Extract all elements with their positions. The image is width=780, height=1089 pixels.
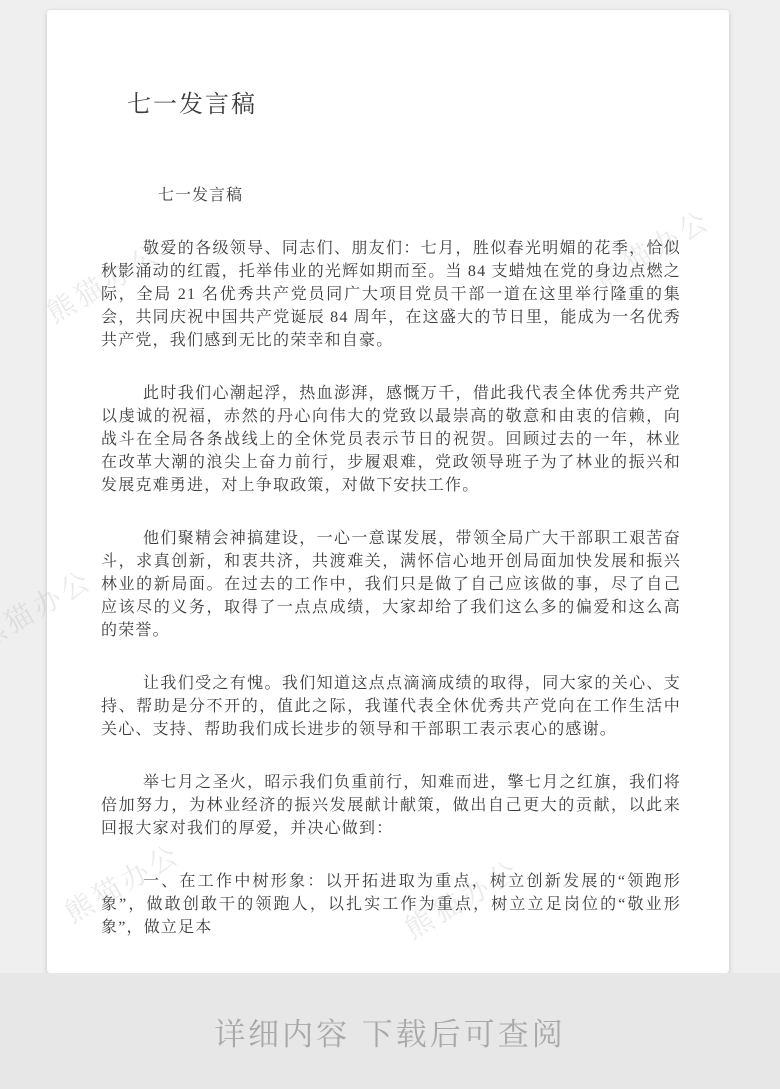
- preview-canvas: 七一发言稿 七一发言稿 敬爱的各级领导、同志们、朋友们：七月，胜似春光明媚的花季…: [0, 0, 780, 1089]
- paragraph: 此时我们心潮起浮，热血澎湃，感慨万千，借此我代表全体优秀共产党以虔诚的祝福，赤然…: [101, 382, 681, 497]
- paragraph: 敬爱的各级领导、同志们、朋友们：七月，胜似春光明媚的花季，恰似秋影涌动的红霞，托…: [101, 237, 681, 352]
- paragraph: 让我们受之有愧。我们知道这点点滴滴成绩的取得，同大家的关心、支持、帮助是分不开的…: [101, 672, 681, 741]
- document-subtitle: 七一发言稿: [158, 184, 681, 207]
- paragraph: 一、在工作中树形象：以开拓进取为重点，树立创新发展的“领跑形象”，做敢创敢干的领…: [101, 870, 681, 939]
- document-body: 敬爱的各级领导、同志们、朋友们：七月，胜似春光明媚的花季，恰似秋影涌动的红霞，托…: [101, 237, 681, 939]
- document-title: 七一发言稿: [127, 90, 681, 120]
- footer-bar: 详细内容 下载后可查阅: [0, 973, 780, 1089]
- footer-notice: 详细内容 下载后可查阅: [214, 1009, 566, 1054]
- document-page[interactable]: 七一发言稿 七一发言稿 敬爱的各级领导、同志们、朋友们：七月，胜似春光明媚的花季…: [47, 10, 729, 973]
- paragraph: 举七月之圣火，昭示我们负重前行，知难而进，擎七月之红旗，我们将倍加努力，为林业经…: [101, 771, 681, 840]
- paragraph: 他们聚精会神搞建设，一心一意谋发展，带领全局广大干部职工艰苦奋斗，求真创新，和衷…: [101, 527, 681, 642]
